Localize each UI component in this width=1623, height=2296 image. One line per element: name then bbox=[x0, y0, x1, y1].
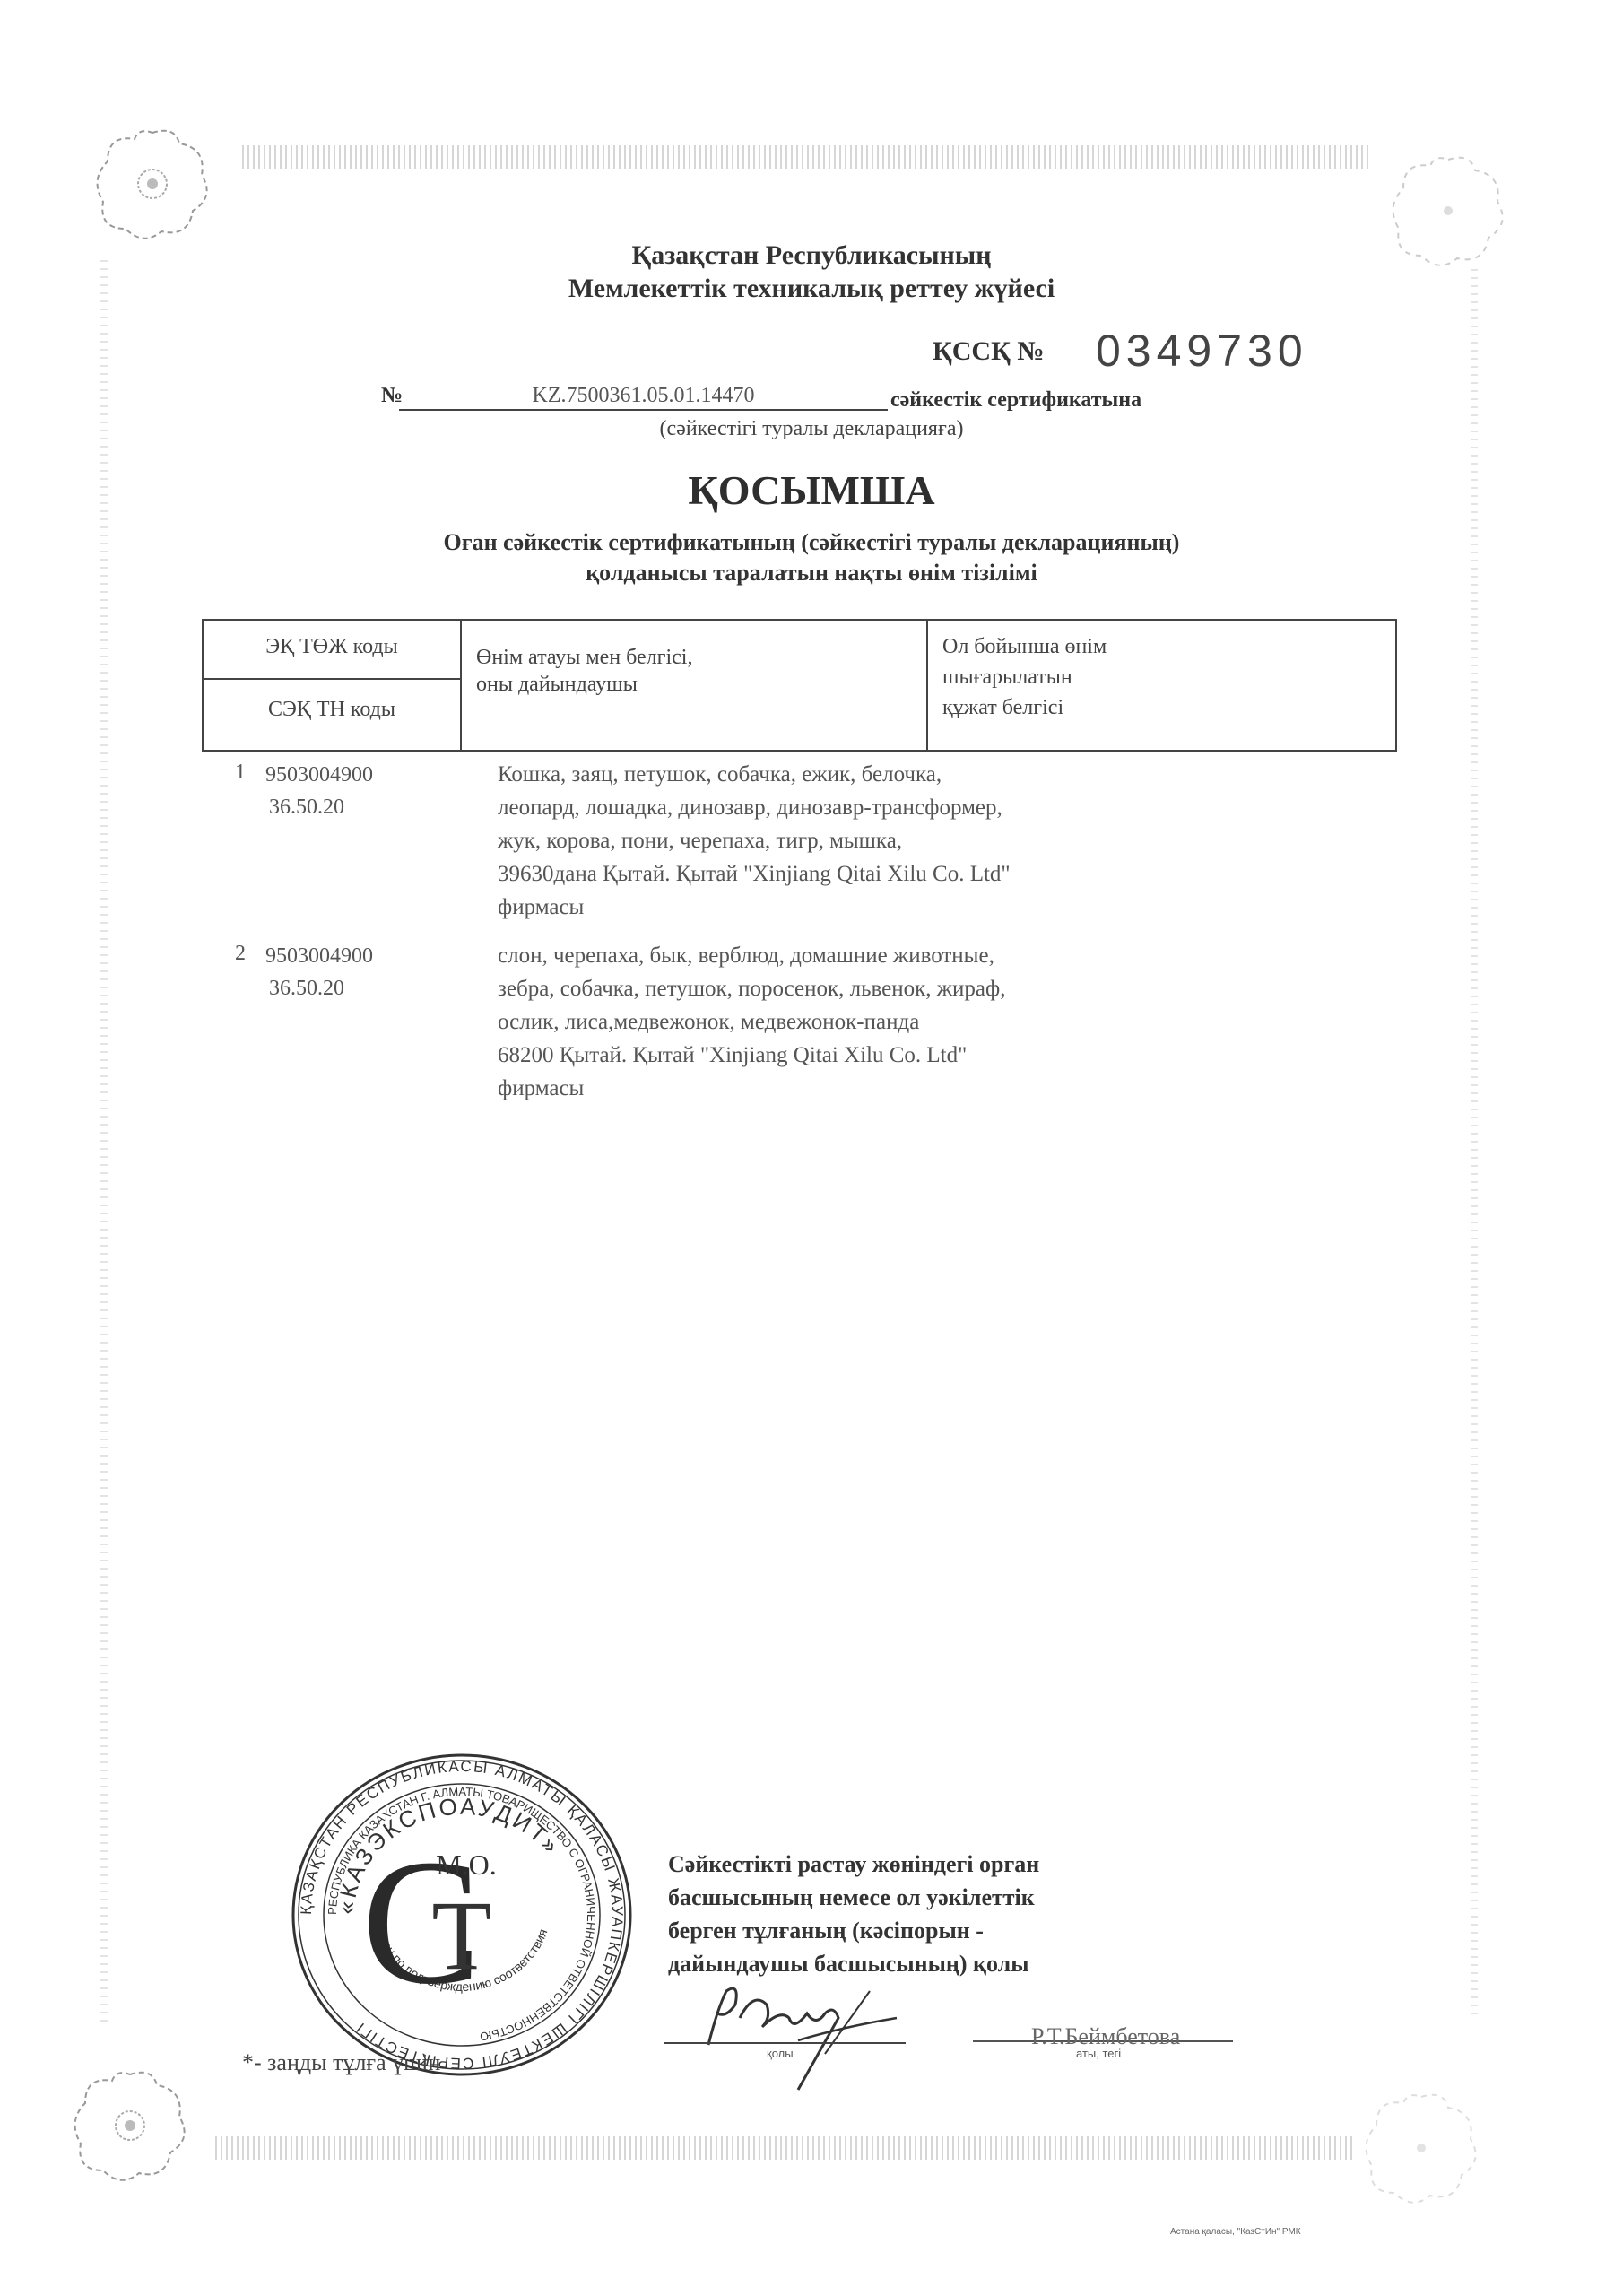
desc-line: 68200 Қытай. Қытай "Xinjiang Qitai Xilu … bbox=[498, 1039, 1005, 1072]
rosette-top-left-icon bbox=[90, 126, 215, 242]
col3-line2: шығарылатын bbox=[942, 662, 1395, 692]
desc-line: фирмасы bbox=[498, 1072, 1005, 1105]
certificate-suffix: сәйкестік сертификатына bbox=[890, 388, 1141, 413]
desc-line: леопард, лошадка, динозавр, динозавр-тра… bbox=[498, 791, 1011, 824]
col-header-sek-tn-code: СЭҚ ТН коды bbox=[204, 680, 462, 750]
col2-line1: Өнім атауы мен белгісі, bbox=[476, 644, 926, 671]
signature-caption-line: басшысының немесе ол уәкілеттік bbox=[668, 1881, 1039, 1914]
bottom-border-band bbox=[215, 2136, 1354, 2160]
col3-line3: құжат белгісі bbox=[942, 692, 1395, 723]
col-header-ektozh-code: ЭҚ ТӨЖ коды bbox=[204, 621, 462, 680]
signature-caption-line: берген тұлғаның (кәсіпорын - bbox=[668, 1914, 1039, 1947]
certificate-number: KZ.7500361.05.01.14470 bbox=[399, 384, 888, 411]
col-header-document: Ол бойынша өнім шығарылатын құжат белгіс… bbox=[928, 621, 1395, 750]
header-system: Мемлекеттік техникалық реттеу жүйесі bbox=[0, 274, 1623, 304]
row-number: 2 bbox=[235, 942, 246, 966]
col2-line2: оны дайындаушы bbox=[476, 671, 926, 698]
subtitle-line1: Оған сәйкестік сертификатының (сәйкестіг… bbox=[0, 529, 1623, 556]
row-description: слон, черепаха, бык, верблюд, домашние ж… bbox=[498, 939, 1005, 1105]
row-description: Кошка, заяц, петушок, собачка, ежик, бел… bbox=[498, 758, 1011, 924]
desc-line: фирмасы bbox=[498, 891, 1011, 924]
row-code2: 36.50.20 bbox=[269, 972, 344, 1004]
header-country: Қазақстан Республикасының bbox=[0, 240, 1623, 271]
printer-imprint: Астана қаласы, "ҚазСтИн" РМК bbox=[1170, 2227, 1301, 2237]
desc-line: 39630дана Қытай. Қытай "Xinjiang Qitai X… bbox=[498, 857, 1011, 891]
desc-line: жук, корова, пони, черепаха, тигр, мышка… bbox=[498, 824, 1011, 857]
svg-text:T: T bbox=[431, 1881, 491, 1990]
desc-line: зебра, собачка, петушок, поросенок, льве… bbox=[498, 972, 1005, 1005]
col3-line1: Ол бойынша өнім bbox=[942, 631, 1395, 662]
declaration-alt: (сәйкестігі туралы декларацияға) bbox=[0, 417, 1623, 441]
table-header: ЭҚ ТӨЖ коды СЭҚ ТН коды Өнім атауы мен б… bbox=[202, 619, 1397, 752]
signature-label: қолы bbox=[767, 2047, 794, 2060]
row-code2: 36.50.20 bbox=[269, 791, 344, 823]
row-number: 1 bbox=[235, 761, 246, 785]
name-label: аты, тегі bbox=[1076, 2047, 1121, 2060]
svg-text:M.O.: M.O. bbox=[436, 1848, 497, 1881]
rosette-bottom-left-icon bbox=[67, 2067, 193, 2184]
left-border-band bbox=[100, 260, 108, 2027]
handwritten-signature-icon bbox=[690, 1955, 924, 2099]
col-header-product-name: Өнім атауы мен белгісі, оны дайындаушы bbox=[462, 621, 928, 750]
signature-caption-line: Сәйкестікті растау жөніндегі орган bbox=[668, 1848, 1039, 1881]
form-number-label: ҚССҚ № bbox=[933, 336, 1044, 367]
desc-line: слон, черепаха, бык, верблюд, домашние ж… bbox=[498, 939, 1005, 972]
form-number-value: 0349730 bbox=[1096, 325, 1308, 377]
rosette-bottom-right-icon bbox=[1358, 2090, 1484, 2206]
subtitle-line2: қолданысы таралатын нақты өнім тізілімі bbox=[0, 560, 1623, 587]
official-stamp-icon: ҚАЗАҚСТАН РЕСПУБЛИКАСЫ АЛМАТЫ ҚАЛАСЫ ЖАУ… bbox=[287, 1749, 637, 2081]
signature-line bbox=[664, 2042, 906, 2044]
footnote: *- заңды тұлға үшін bbox=[242, 2049, 440, 2076]
page-title: ҚОСЫМША bbox=[0, 466, 1623, 514]
desc-line: ослик, лиса,медвежонок, медвежонок-панда bbox=[498, 1005, 1005, 1039]
top-border-band bbox=[242, 145, 1372, 169]
row-code1: 9503004900 bbox=[265, 759, 373, 791]
desc-line: Кошка, заяц, петушок, собачка, ежик, бел… bbox=[498, 758, 1011, 791]
row-code1: 9503004900 bbox=[265, 940, 373, 972]
